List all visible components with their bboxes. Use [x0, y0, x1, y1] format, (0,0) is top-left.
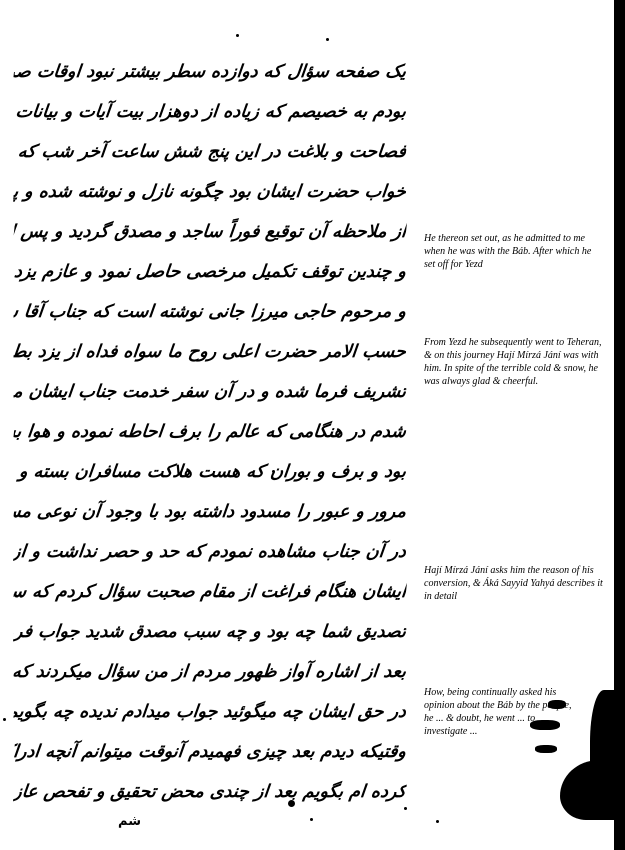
- text-line: شدم در هنگامی که عالم را برف احاطه نموده…: [12, 412, 408, 452]
- ink-speck: [272, 470, 275, 473]
- catchword: شم: [118, 814, 141, 829]
- text-line: در حق ایشان چه میگوئید جواب میدادم ندیده…: [12, 692, 408, 732]
- text-line: بعد از اشاره آواز ظهور مردم از من سؤال م…: [12, 652, 408, 692]
- page-stain: [548, 700, 566, 709]
- text-line: و چندین توقف تکمیل مرخصی حاصل نمود و عاز…: [12, 252, 408, 292]
- text-line: بود و برف و بوران که هست هلاکت مسافران ب…: [12, 452, 408, 492]
- ink-speck: [436, 820, 439, 823]
- margin-note-3: Hají Mírzá Jání asks him the reason of h…: [424, 564, 604, 603]
- ink-speck: [288, 800, 295, 807]
- persian-main-text: یک صفحه سؤال که دوازده سطر بیشتر نبود او…: [14, 52, 406, 812]
- text-line: تشریف فرما شده و در آن سفر خدمت جناب ایش…: [12, 372, 408, 412]
- page-stain: [560, 760, 625, 820]
- page-stain: [535, 745, 557, 753]
- text-line: تصدیق شما چه بود و چه سبب مصدق شدید جواب…: [12, 612, 408, 652]
- margin-note-2: From Yezd he subsequently went to Tehera…: [424, 336, 604, 388]
- margin-note-1: He thereon set out, as he admitted to me…: [424, 232, 604, 271]
- text-line: ایشان هنگام فراغت از مقام صحبت سؤال کردم…: [12, 572, 408, 612]
- manuscript-page: یک صفحه سؤال که دوازده سطر بیشتر نبود او…: [0, 0, 625, 850]
- text-line: خواب حضرت ایشان بود چگونه نازل و نوشته ش…: [12, 172, 408, 212]
- text-line: و مرحوم حاجی میرزا جانی نوشته است که جنا…: [12, 292, 408, 332]
- ink-speck: [310, 818, 313, 821]
- text-line: فصاحت و بلاغت در این پنج شش ساعت آخر شب …: [12, 132, 408, 172]
- ink-speck: [326, 38, 329, 41]
- page-stain: [530, 720, 560, 730]
- text-line: کرده ام بگویم بعد از چندی محض تحقیق و تف…: [12, 772, 408, 812]
- margin-note-4: How, being continually asked his opinion…: [424, 686, 574, 738]
- text-line: وقتیکه دیدم بعد چیزی فهمیدم آنوقت میتوان…: [12, 732, 408, 772]
- text-line: یک صفحه سؤال که دوازده سطر بیشتر نبود او…: [12, 52, 408, 92]
- text-line: حسب الامر حضرت اعلی روح ما سواه فداه از …: [12, 332, 408, 372]
- ink-speck: [404, 807, 407, 810]
- text-line: بودم به خصیصم که زیاده از دوهزار بیت آیا…: [12, 92, 408, 132]
- text-line: مرور و عبور را مسدود داشته بود با وجود آ…: [12, 492, 408, 532]
- text-line: از ملاحظه آن توقیع فوراً ساجد و مصدق گرد…: [12, 212, 408, 252]
- ink-speck: [236, 34, 239, 37]
- ink-speck: [3, 718, 6, 721]
- text-line: در آن جناب مشاهده نمودم که حد و حصر نداش…: [12, 532, 408, 572]
